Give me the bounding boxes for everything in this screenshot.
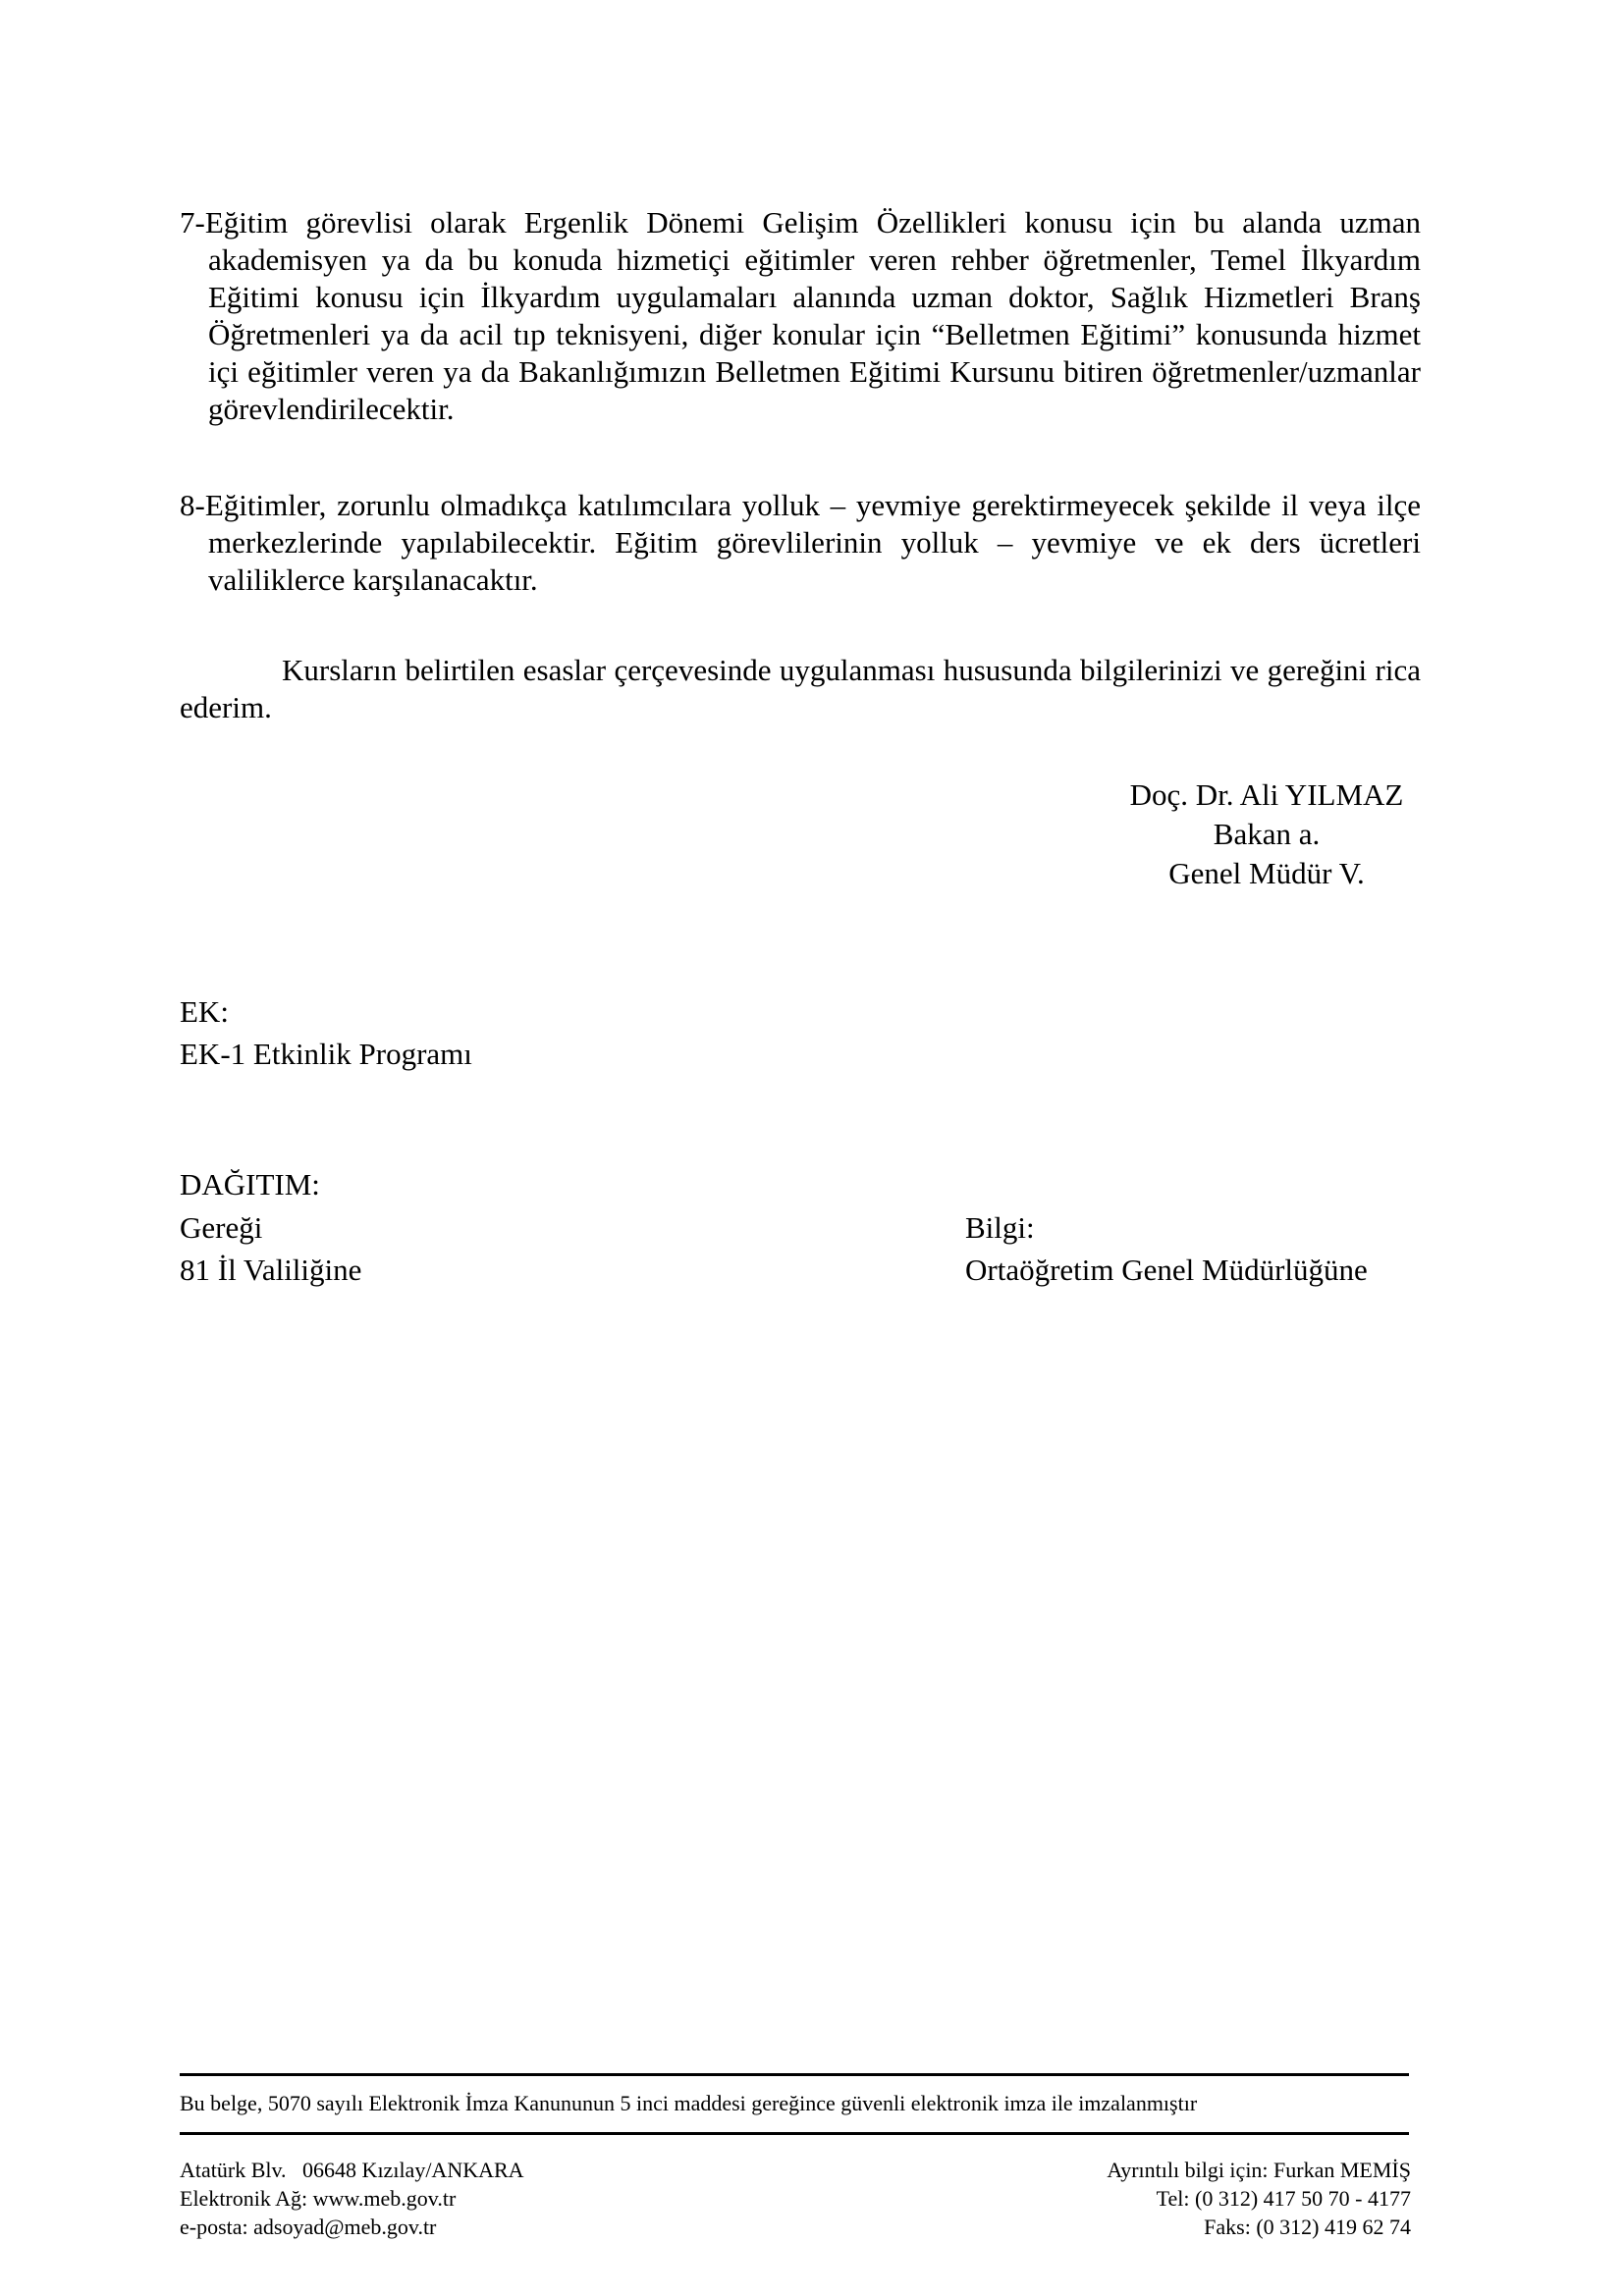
distribution-action-label: Gereği — [180, 1209, 262, 1247]
numbered-item-8: 8-Eğitimler, zorunlu olmadıkça katılımcı… — [180, 487, 1421, 599]
footer-contact-person: Ayrıntılı bilgi için: Furkan MEMİŞ — [1107, 2156, 1411, 2184]
closing-paragraph: Kursların belirtilen esaslar çerçevesind… — [180, 652, 1421, 726]
item-text: Eğitimler, zorunlu olmadıkça katılımcıla… — [205, 488, 1421, 597]
footer-address: Atatürk Blv. 06648 Kızılay/ANKARA — [180, 2156, 524, 2184]
footer-address-block: Atatürk Blv. 06648 Kızılay/ANKARA Elektr… — [180, 2156, 524, 2241]
signature-block: Doç. Dr. Ali YILMAZ Bakan a. Genel Müdür… — [1100, 775, 1434, 893]
footer-divider-top — [180, 2073, 1409, 2076]
footer-website: Elektronik Ağ: www.meb.gov.tr — [180, 2184, 524, 2213]
e-signature-note: Bu belge, 5070 sayılı Elektronik İmza Ka… — [180, 2089, 1197, 2118]
numbered-item-7: 7-Eğitim görevlisi olarak Ergenlik Dönem… — [180, 204, 1421, 428]
footer-divider-bottom — [180, 2132, 1409, 2135]
distribution-action-recipient: 81 İl Valiliğine — [180, 1252, 361, 1289]
attachment-item: EK-1 Etkinlik Programı — [180, 1036, 472, 1073]
document-page: 7-Eğitim görevlisi olarak Ergenlik Dönem… — [0, 0, 1624, 2296]
footer-phone: Tel: (0 312) 417 50 70 - 4177 — [1107, 2184, 1411, 2213]
footer-email: e-posta: adsoyad@meb.gov.tr — [180, 2213, 524, 2241]
footer-contact-block: Ayrıntılı bilgi için: Furkan MEMİŞ Tel: … — [1107, 2156, 1411, 2241]
item-text: Eğitim görevlisi olarak Ergenlik Dönemi … — [205, 205, 1421, 426]
distribution-label: DAĞITIM: — [180, 1166, 320, 1203]
item-number: 7- — [180, 205, 205, 240]
signatory-title: Bakan a. — [1100, 815, 1434, 854]
item-number: 8- — [180, 488, 205, 522]
distribution-info-recipient: Ortaöğretim Genel Müdürlüğüne — [965, 1252, 1368, 1289]
distribution-info-label: Bilgi: — [965, 1209, 1035, 1247]
footer-fax: Faks: (0 312) 419 62 74 — [1107, 2213, 1411, 2241]
signatory-name: Doç. Dr. Ali YILMAZ — [1100, 775, 1434, 815]
attachments-label: EK: — [180, 993, 229, 1031]
signatory-position: Genel Müdür V. — [1100, 854, 1434, 893]
